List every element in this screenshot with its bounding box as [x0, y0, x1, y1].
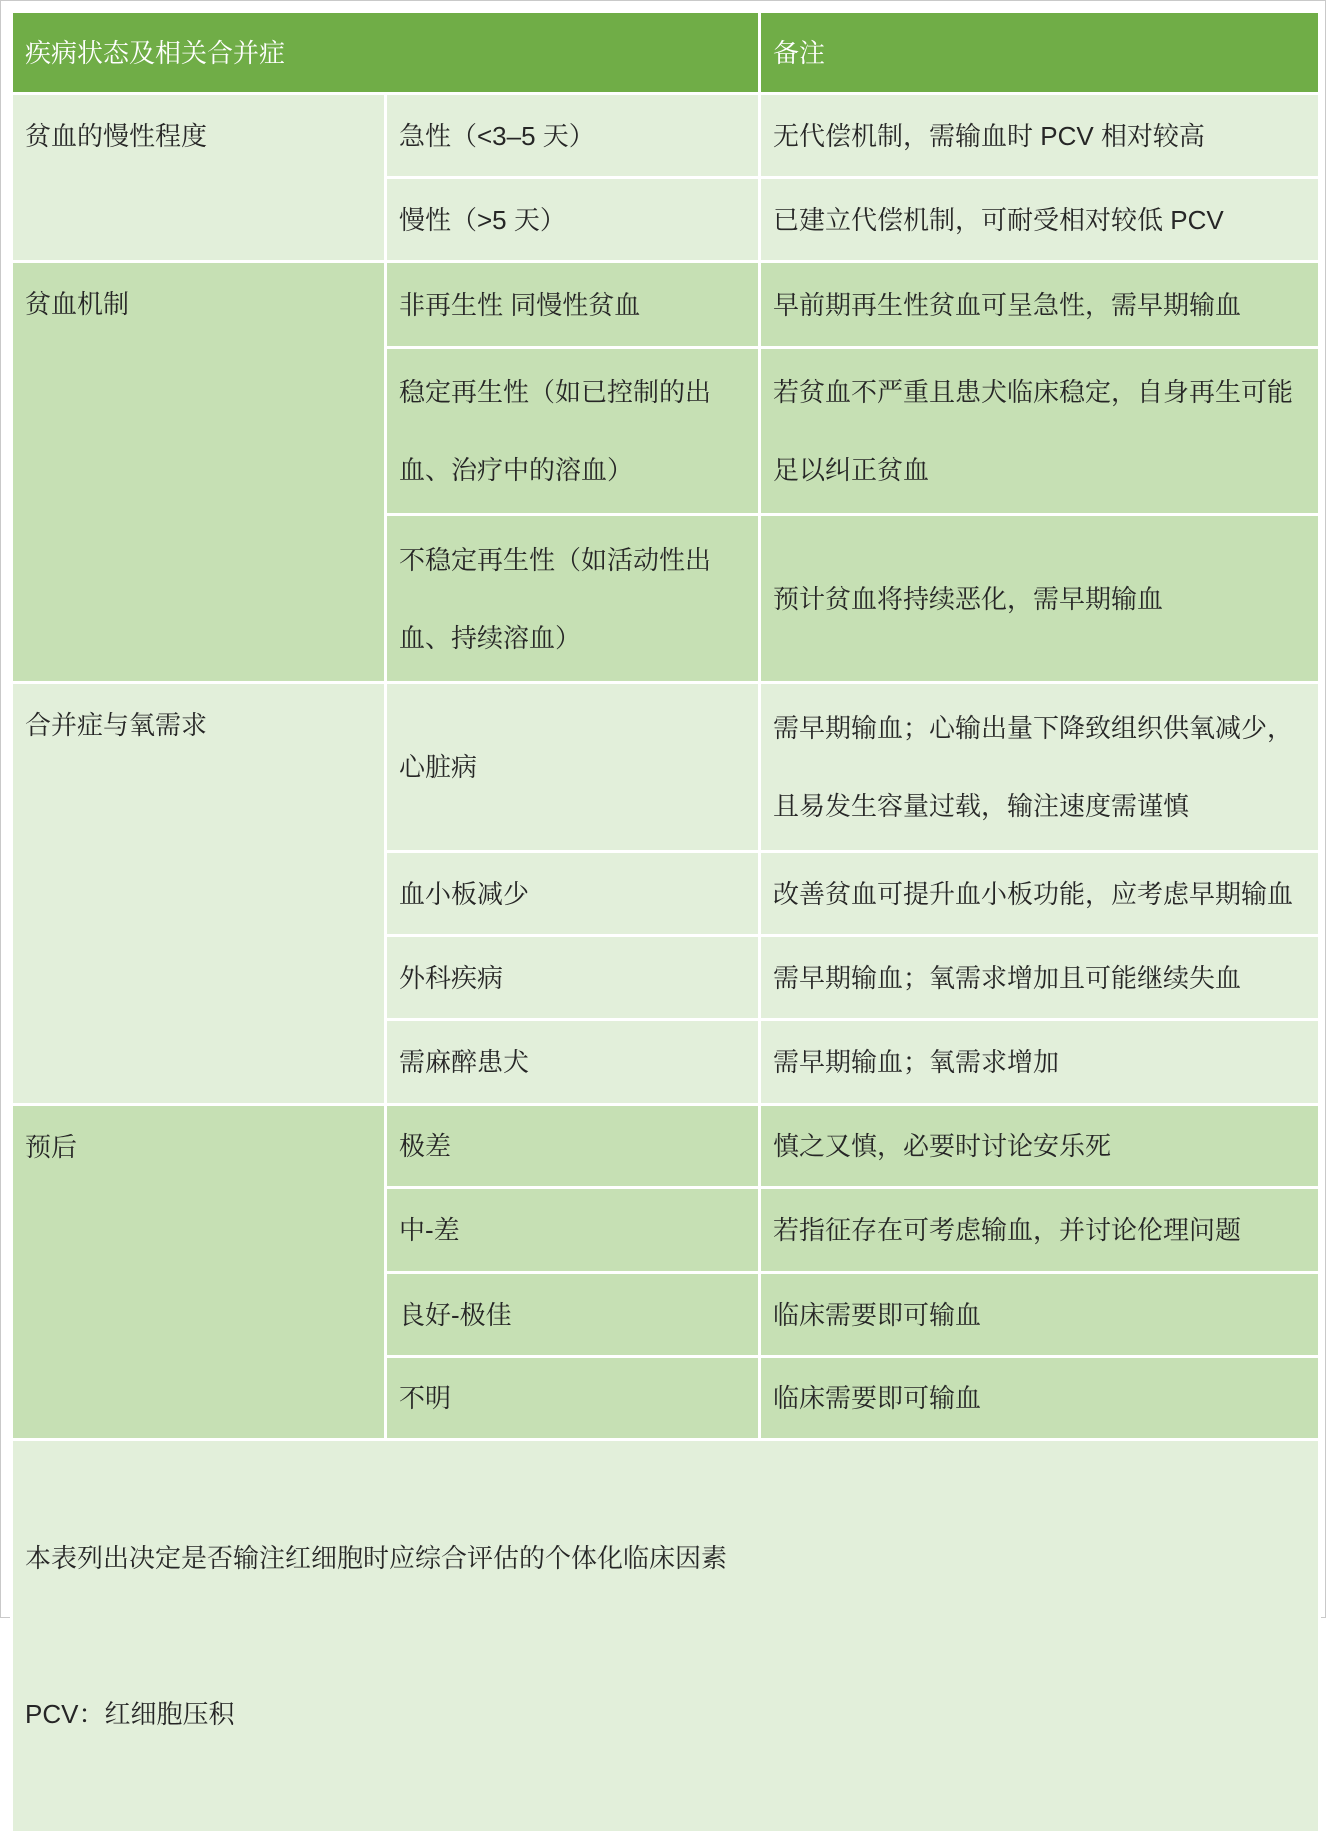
table-row: 合并症与氧需求 心脏病 需早期输血；心输出量下降致组织供氧减少， 且易发生容量过…	[12, 683, 1320, 852]
header-disease-state: 疾病状态及相关合并症	[12, 12, 760, 94]
item-cell: 慢性（>5 天）	[386, 178, 760, 262]
item-cell: 不明	[386, 1357, 760, 1440]
item-cell: 良好-极佳	[386, 1273, 760, 1357]
table-row: 预后 极差 慎之又慎，必要时讨论安乐死	[12, 1105, 1320, 1188]
table-footnote: 本表列出决定是否输注红细胞时应综合评估的个体化临床因素 PCV：红细胞压积	[12, 1440, 1320, 1833]
note-cell: 若贫血不严重且患犬临床稳定，自身再生可能 足以纠正贫血	[760, 348, 1320, 515]
table-row: 贫血的慢性程度 急性（<3–5 天） 无代偿机制，需输血时 PCV 相对较高	[12, 94, 1320, 178]
item-cell: 血小板减少	[386, 852, 760, 936]
note-cell: 无代偿机制，需输血时 PCV 相对较高	[760, 94, 1320, 178]
item-cell: 心脏病	[386, 683, 760, 852]
category-prognosis: 预后	[12, 1105, 386, 1440]
table-row: 贫血机制 非再生性 同慢性贫血 早前期再生性贫血可呈急性，需早期输血	[12, 262, 1320, 348]
note-cell: 早前期再生性贫血可呈急性，需早期输血	[760, 262, 1320, 348]
item-cell: 稳定再生性（如已控制的出 血、治疗中的溶血）	[386, 348, 760, 515]
note-cell: 需早期输血；心输出量下降致组织供氧减少， 且易发生容量过载，输注速度需谨慎	[760, 683, 1320, 852]
category-anemia-chronicity: 贫血的慢性程度	[12, 94, 386, 262]
footer-row: 本表列出决定是否输注红细胞时应综合评估的个体化临床因素 PCV：红细胞压积	[12, 1440, 1320, 1833]
item-cell: 中-差	[386, 1188, 760, 1273]
item-cell: 急性（<3–5 天）	[386, 94, 760, 178]
item-cell: 非再生性 同慢性贫血	[386, 262, 760, 348]
note-cell: 临床需要即可输血	[760, 1273, 1320, 1357]
note-cell: 若指征存在可考虑输血，并讨论伦理问题	[760, 1188, 1320, 1273]
item-cell: 不稳定再生性（如活动性出 血、持续溶血）	[386, 515, 760, 683]
transfusion-factors-table: 疾病状态及相关合并症 备注 贫血的慢性程度 急性（<3–5 天） 无代偿机制，需…	[10, 10, 1321, 1834]
note-cell: 需早期输血；氧需求增加且可能继续失血	[760, 936, 1320, 1020]
category-comorbidity-oxygen-demand: 合并症与氧需求	[12, 683, 386, 1105]
item-cell: 需麻醉患犬	[386, 1020, 760, 1105]
footnote-text: 本表列出决定是否输注红细胞时应综合评估的个体化临床因素	[25, 1519, 1306, 1597]
note-cell: 需早期输血；氧需求增加	[760, 1020, 1320, 1105]
item-cell: 外科疾病	[386, 936, 760, 1020]
abbreviation-text: PCV：红细胞压积	[25, 1675, 1306, 1753]
note-cell: 已建立代偿机制，可耐受相对较低 PCV	[760, 178, 1320, 262]
header-row: 疾病状态及相关合并症 备注	[12, 12, 1320, 94]
item-cell: 极差	[386, 1105, 760, 1188]
note-cell: 临床需要即可输血	[760, 1357, 1320, 1440]
category-anemia-mechanism: 贫血机制	[12, 262, 386, 683]
note-cell: 预计贫血将持续恶化，需早期输血	[760, 515, 1320, 683]
page: 疾病状态及相关合并症 备注 贫血的慢性程度 急性（<3–5 天） 无代偿机制，需…	[0, 0, 1326, 1618]
note-cell: 改善贫血可提升血小板功能，应考虑早期输血	[760, 852, 1320, 936]
header-remarks: 备注	[760, 12, 1320, 94]
note-cell: 慎之又慎，必要时讨论安乐死	[760, 1105, 1320, 1188]
